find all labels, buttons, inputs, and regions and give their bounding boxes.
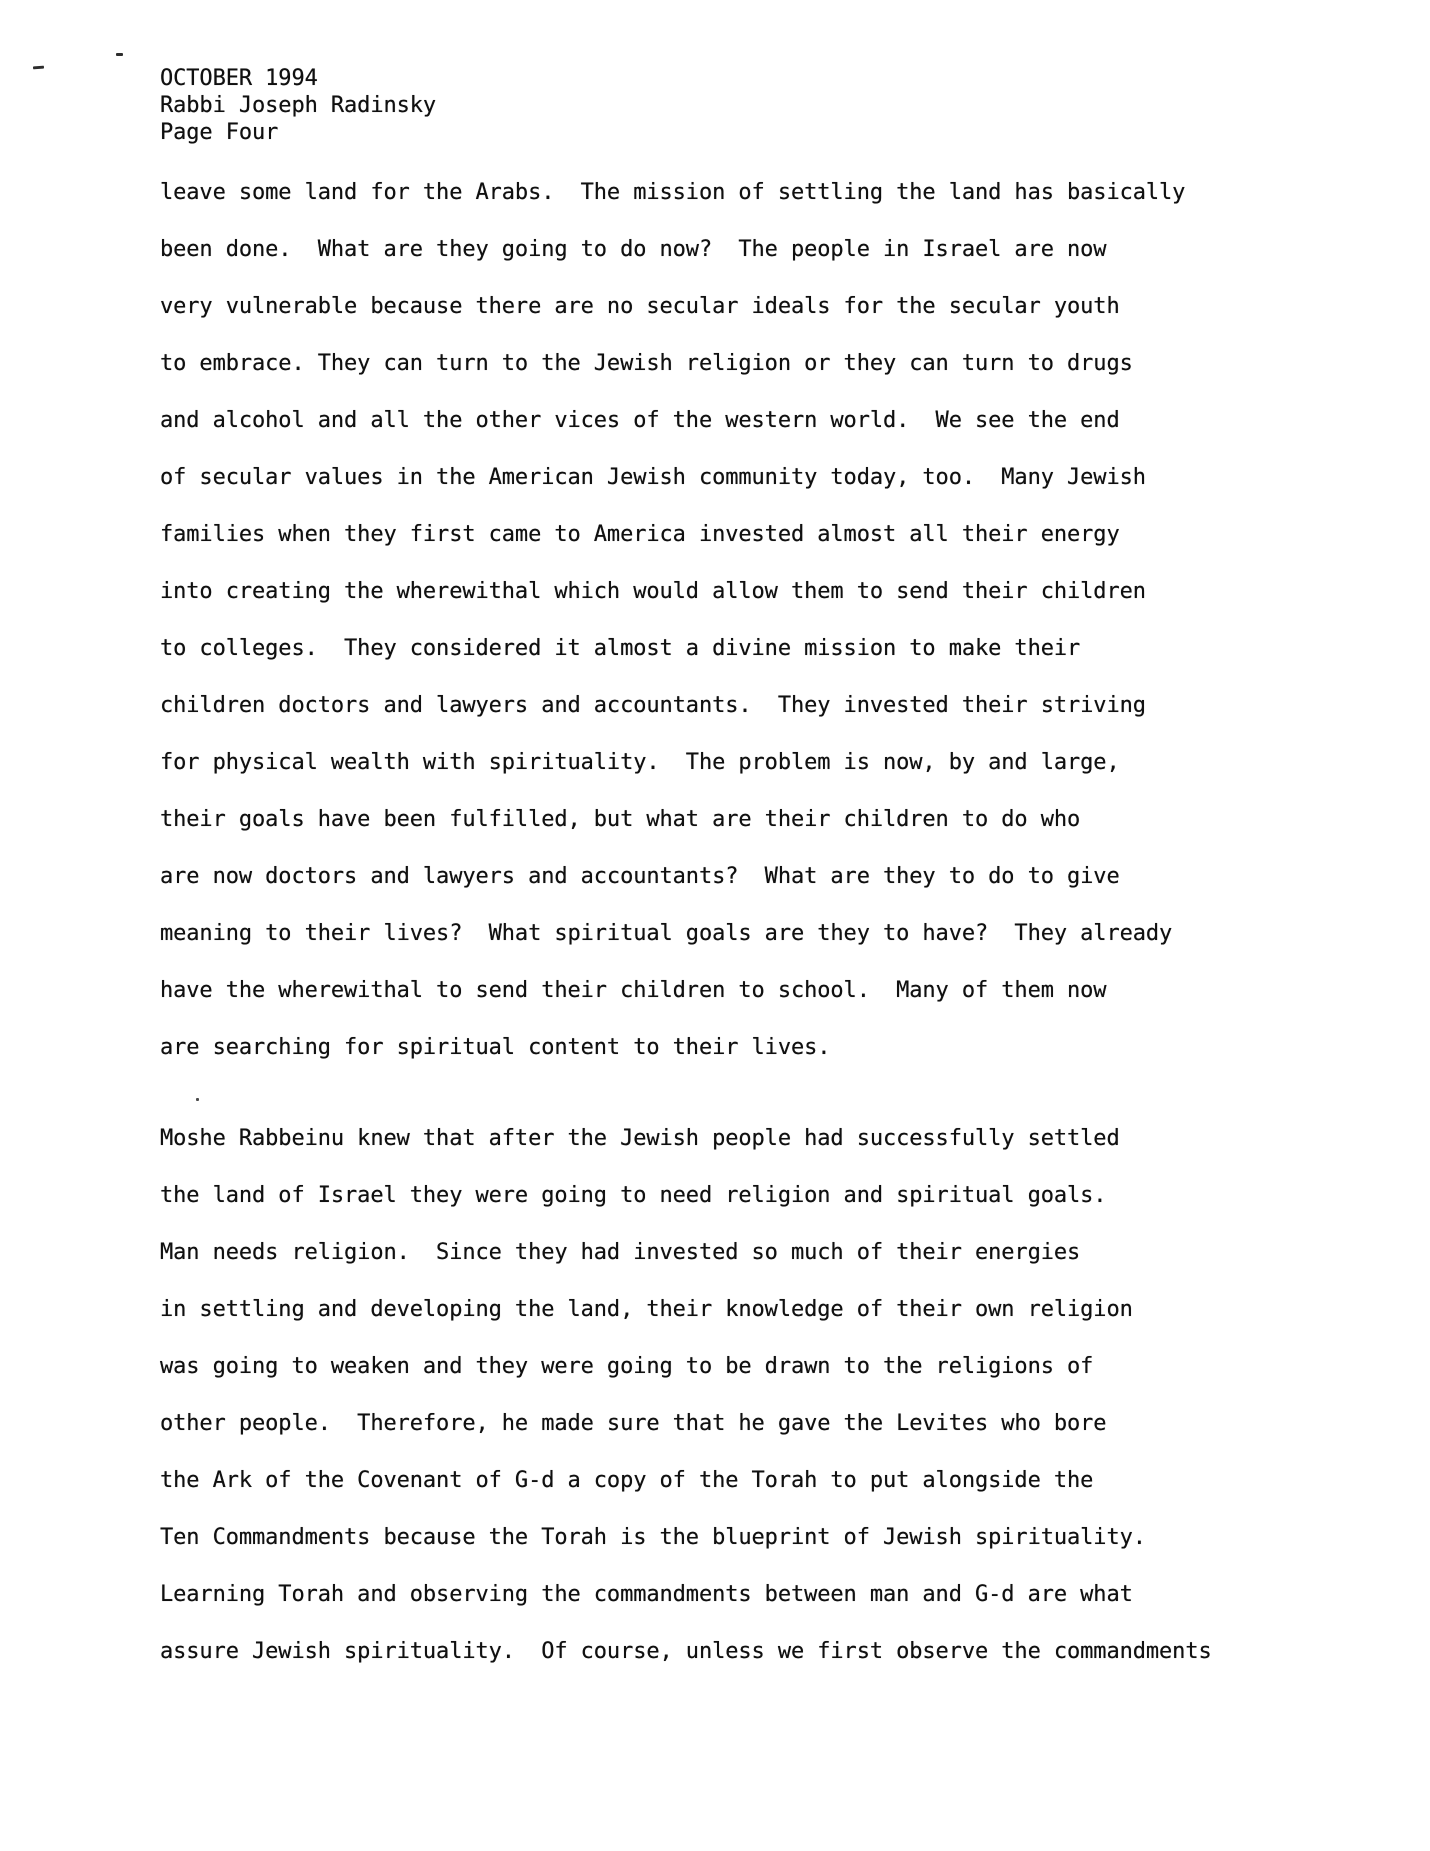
text-line: Man needs religion. Since they had inves…	[160, 1224, 1212, 1281]
text-line: been done. What are they going to do now…	[160, 221, 1185, 278]
text-line: other people. Therefore, he made sure th…	[160, 1395, 1212, 1452]
text-line: was going to weaken and they were going …	[160, 1338, 1212, 1395]
header-line-page-number: Page Four	[160, 119, 436, 146]
header-line-author: Rabbi Joseph Radinsky	[160, 92, 436, 119]
text-line: Ten Commandments because the Torah is th…	[160, 1509, 1212, 1566]
text-line: leave some land for the Arabs. The missi…	[160, 164, 1185, 221]
text-line: Moshe Rabbeinu knew that after the Jewis…	[160, 1110, 1212, 1167]
text-line: into creating the wherewithal which woul…	[160, 563, 1185, 620]
text-line: the Ark of the Covenant of G-d a copy of…	[160, 1452, 1212, 1509]
scan-mark-dash	[116, 53, 123, 56]
text-line: in settling and developing the land, the…	[160, 1281, 1212, 1338]
text-line: are now doctors and lawyers and accounta…	[160, 848, 1185, 905]
text-line: to colleges. They considered it almost a…	[160, 620, 1185, 677]
text-line: meaning to their lives? What spiritual g…	[160, 905, 1185, 962]
text-line: children doctors and lawyers and account…	[160, 677, 1185, 734]
text-line: families when they first came to America…	[160, 506, 1185, 563]
scan-mark-dash	[33, 66, 44, 70]
paragraph-1: leave some land for the Arabs. The missi…	[160, 164, 1185, 1076]
text-line: are searching for spiritual content to t…	[160, 1019, 1185, 1076]
text-line: of secular values in the American Jewish…	[160, 449, 1185, 506]
text-line: Learning Torah and observing the command…	[160, 1566, 1212, 1623]
text-line: and alcohol and all the other vices of t…	[160, 392, 1185, 449]
text-line: the land of Israel they were going to ne…	[160, 1167, 1212, 1224]
document-header: OCTOBER 1994 Rabbi Joseph Radinsky Page …	[160, 65, 436, 146]
scan-mark-dot	[196, 1098, 199, 1101]
text-line: have the wherewithal to send their child…	[160, 962, 1185, 1019]
text-line: their goals have been fulfilled, but wha…	[160, 791, 1185, 848]
paragraph-2: Moshe Rabbeinu knew that after the Jewis…	[160, 1110, 1212, 1680]
text-line: very vulnerable because there are no sec…	[160, 278, 1185, 335]
text-line: assure Jewish spirituality. Of course, u…	[160, 1623, 1212, 1680]
document-page: OCTOBER 1994 Rabbi Joseph Radinsky Page …	[0, 0, 1430, 1851]
header-line-date: OCTOBER 1994	[160, 65, 436, 92]
text-line: to embrace. They can turn to the Jewish …	[160, 335, 1185, 392]
text-line: for physical wealth with spirituality. T…	[160, 734, 1185, 791]
